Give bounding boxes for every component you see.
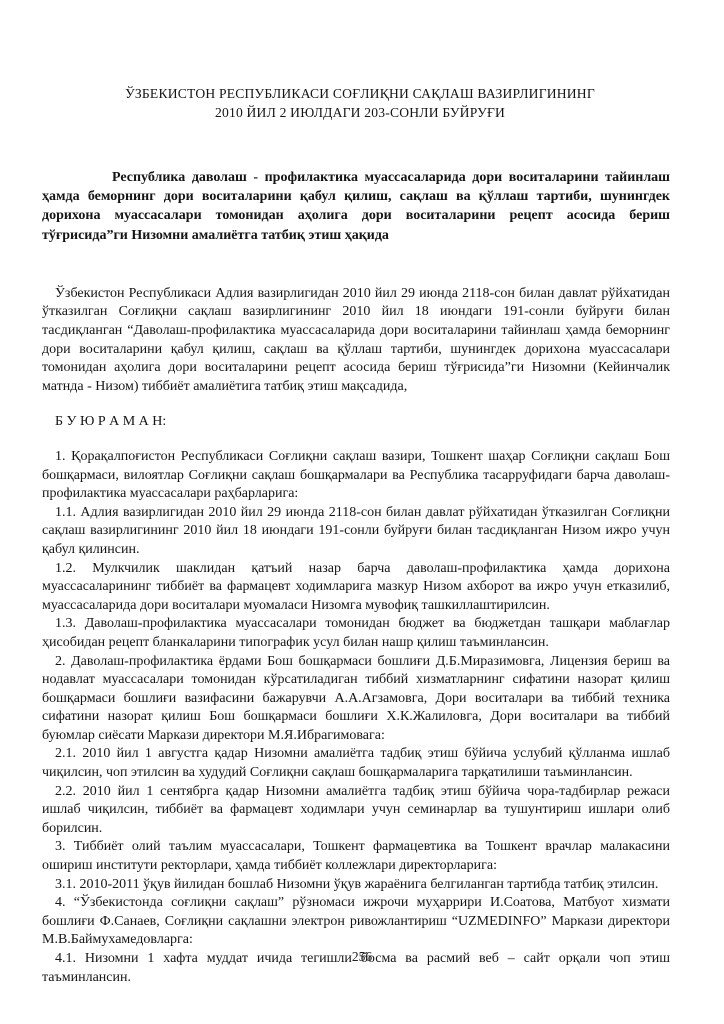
page-number: 256 [352,949,372,964]
order-item-3-1: 3.1. 2010-2011 ўқув йилидан бошлаб Низом… [42,876,670,895]
order-subject: Республика даволаш - профилактика муасса… [42,168,670,245]
page-footer: 256 [0,948,724,967]
ministry-title-line: ЎЗБЕКИСТОН РЕСПУБЛИКАСИ СОҒЛИҚНИ САҚЛАШ … [58,84,662,103]
order-item-4: 4. “Ўзбекистонда соғлиқни сақлаш” рўзном… [42,894,670,950]
order-item-3: 3. Тиббиёт олий таълим муассасалари, Тош… [42,838,670,875]
order-item-1-1: 1.1. Адлия вазирлигидан 2010 йил 29 июнд… [42,504,670,560]
order-item-2-2: 2.2. 2010 йил 1 сентябрга қадар Низомни … [42,783,670,839]
order-item-2-1: 2.1. 2010 йил 1 августга қадар Низомни а… [42,745,670,782]
document-header: ЎЗБЕКИСТОН РЕСПУБЛИКАСИ СОҒЛИҚНИ САҚЛАШ … [58,84,662,122]
order-item-1-3: 1.3. Даволаш-профилактика муассасалари т… [42,615,670,652]
order-number-line: 2010 ЙИЛ 2 ИЮЛДАГИ 203-СОНЛИ БУЙРУҒИ [58,103,662,122]
order-item-1: 1. Қорақалпоғистон Республикаси Соғлиқни… [42,448,670,504]
order-item-1-2: 1.2. Мулкчилик шаклидан қатъий назар бар… [42,560,670,616]
order-declaration: Б У Ю Р А М А Н: [42,413,670,432]
document-page: ЎЗБЕКИСТОН РЕСПУБЛИКАСИ СОҒЛИҚНИ САҚЛАШ … [0,0,724,1024]
preamble-paragraph: Ўзбекистон Республикаси Адлия вазирлигид… [42,285,670,397]
order-items-list: 1. Қорақалпоғистон Республикаси Соғлиқни… [42,448,670,987]
order-item-2: 2. Даволаш-профилактика ёрдами Бош бошқа… [42,653,670,746]
